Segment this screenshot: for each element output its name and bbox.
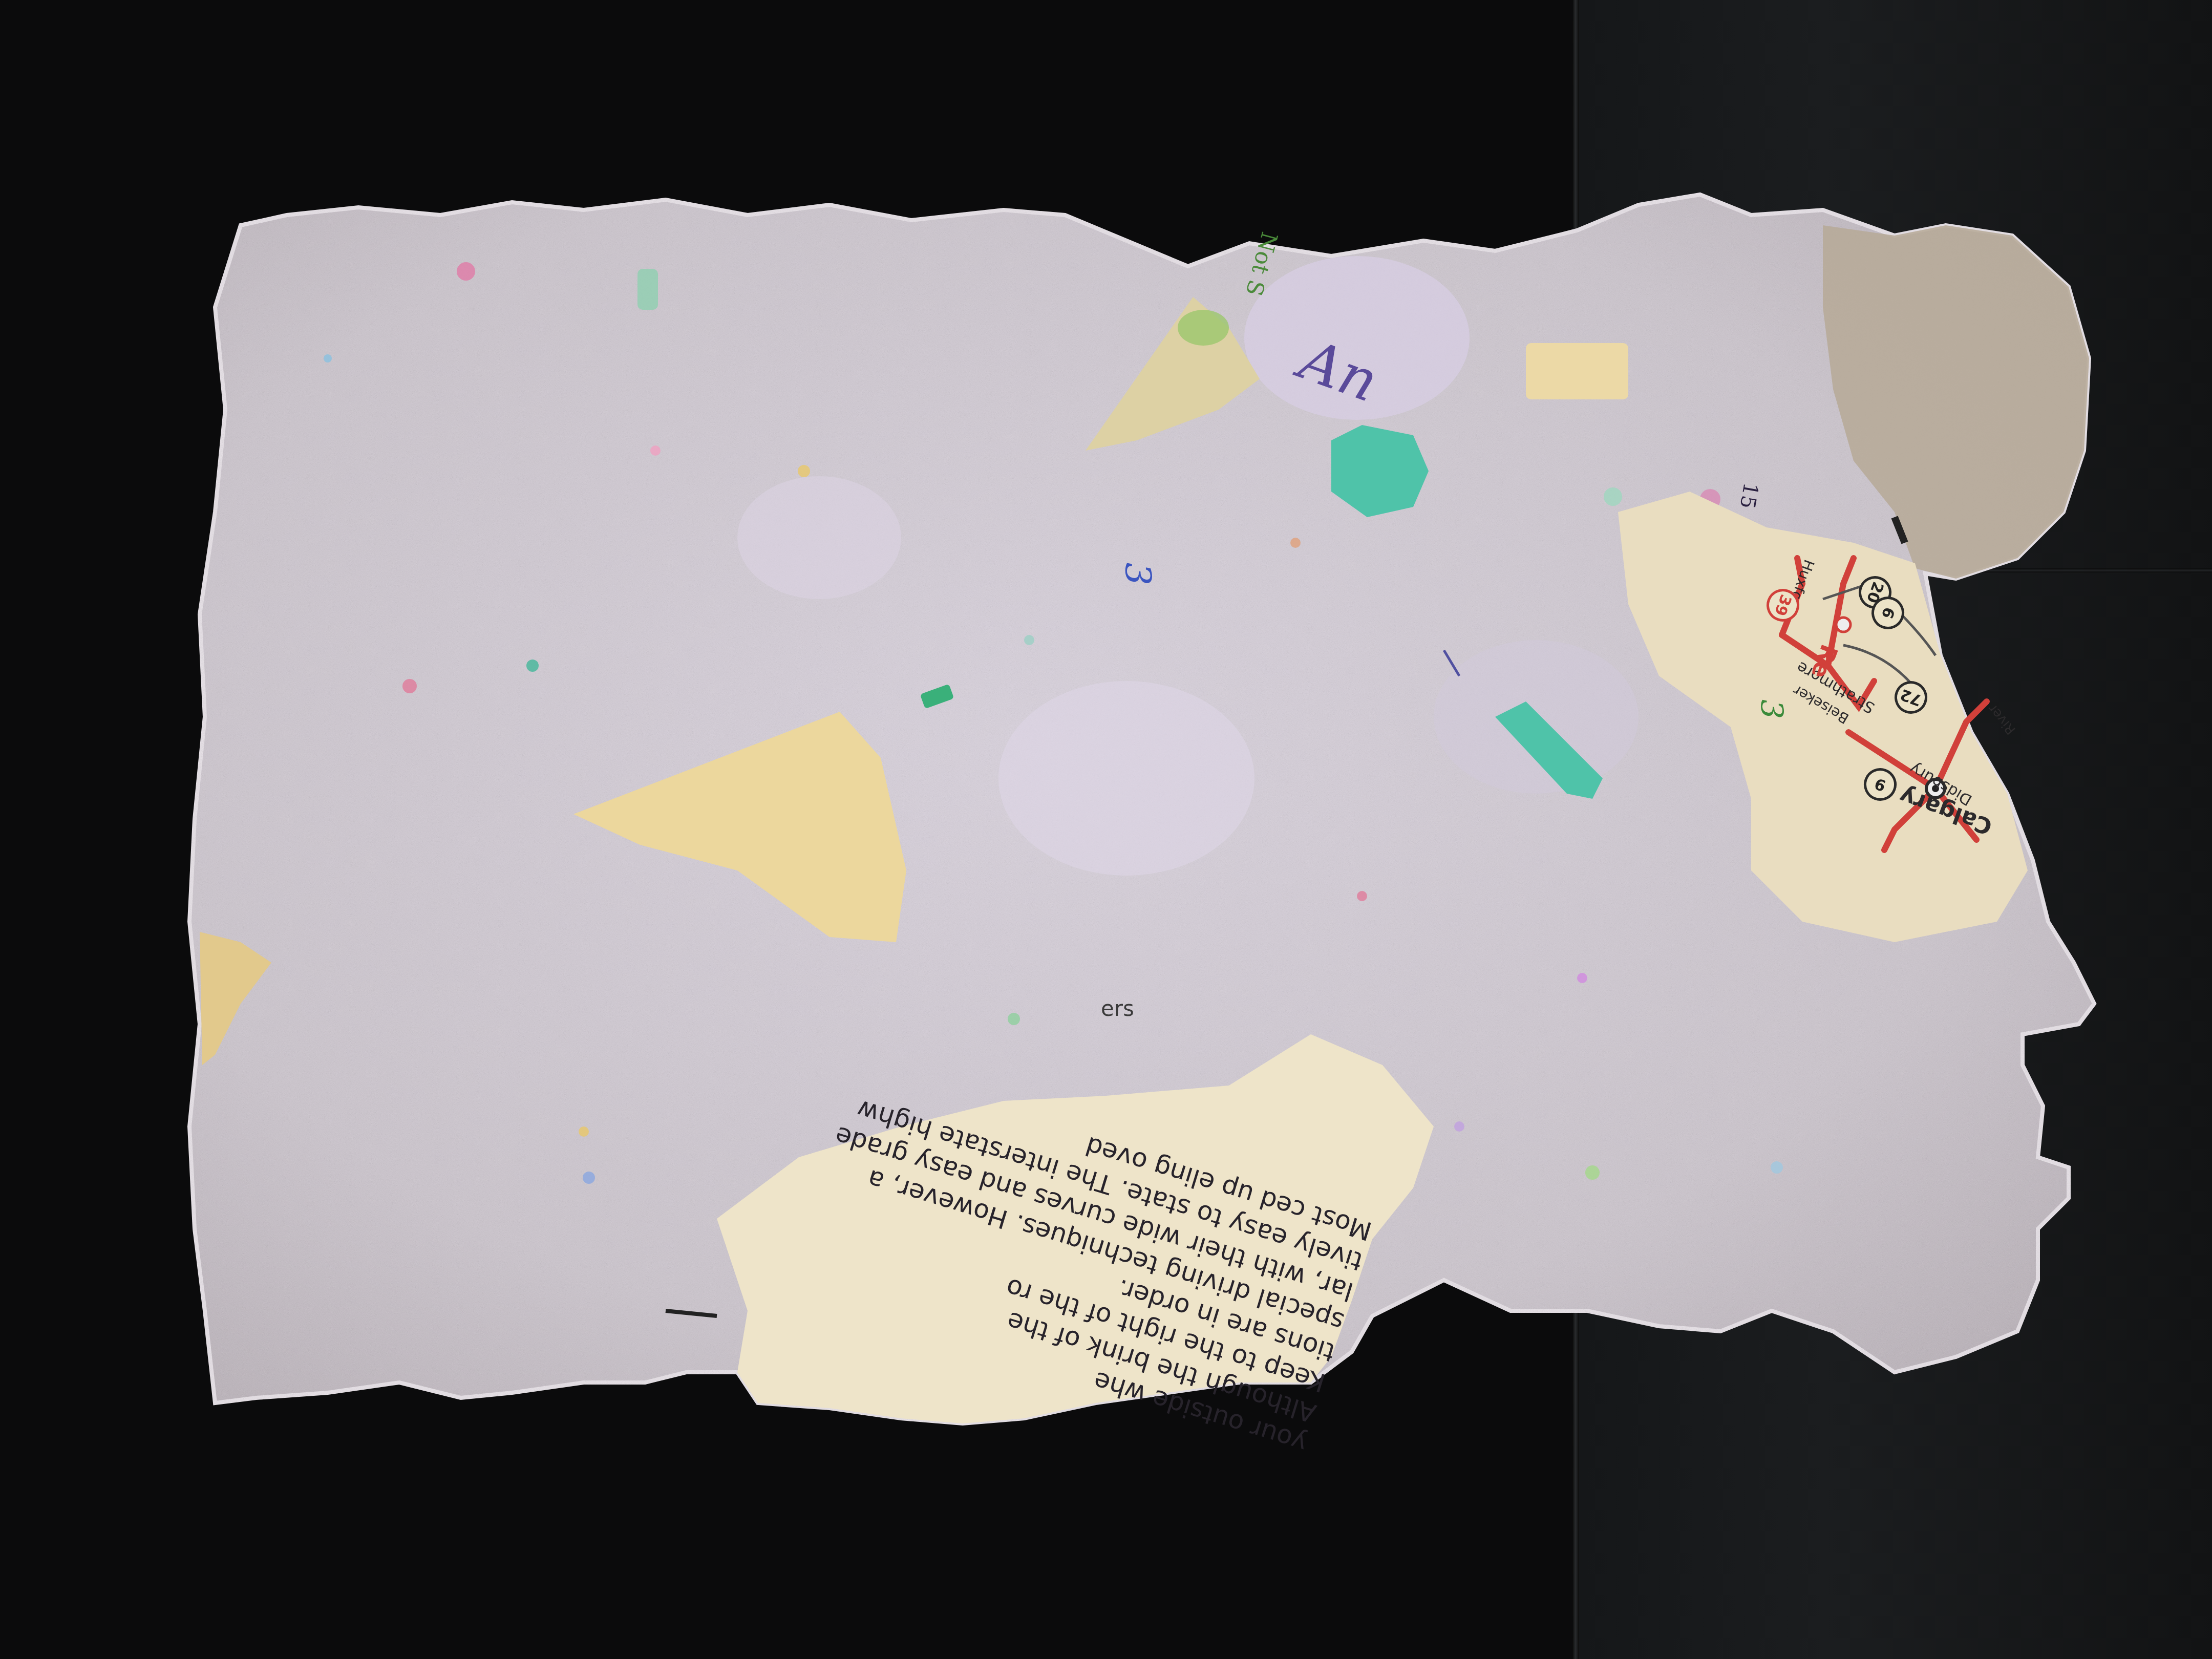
text-ers: ers xyxy=(1101,996,1134,1021)
recycled-paper-sheet: your outside whe Although the brink of t… xyxy=(0,0,2212,1659)
pink-mark-15: 15 xyxy=(1735,481,1762,511)
green-mark-3: 3 xyxy=(1753,699,1789,719)
paper-shape xyxy=(0,0,2212,1659)
blue-mark-3: 3 xyxy=(1117,563,1159,586)
